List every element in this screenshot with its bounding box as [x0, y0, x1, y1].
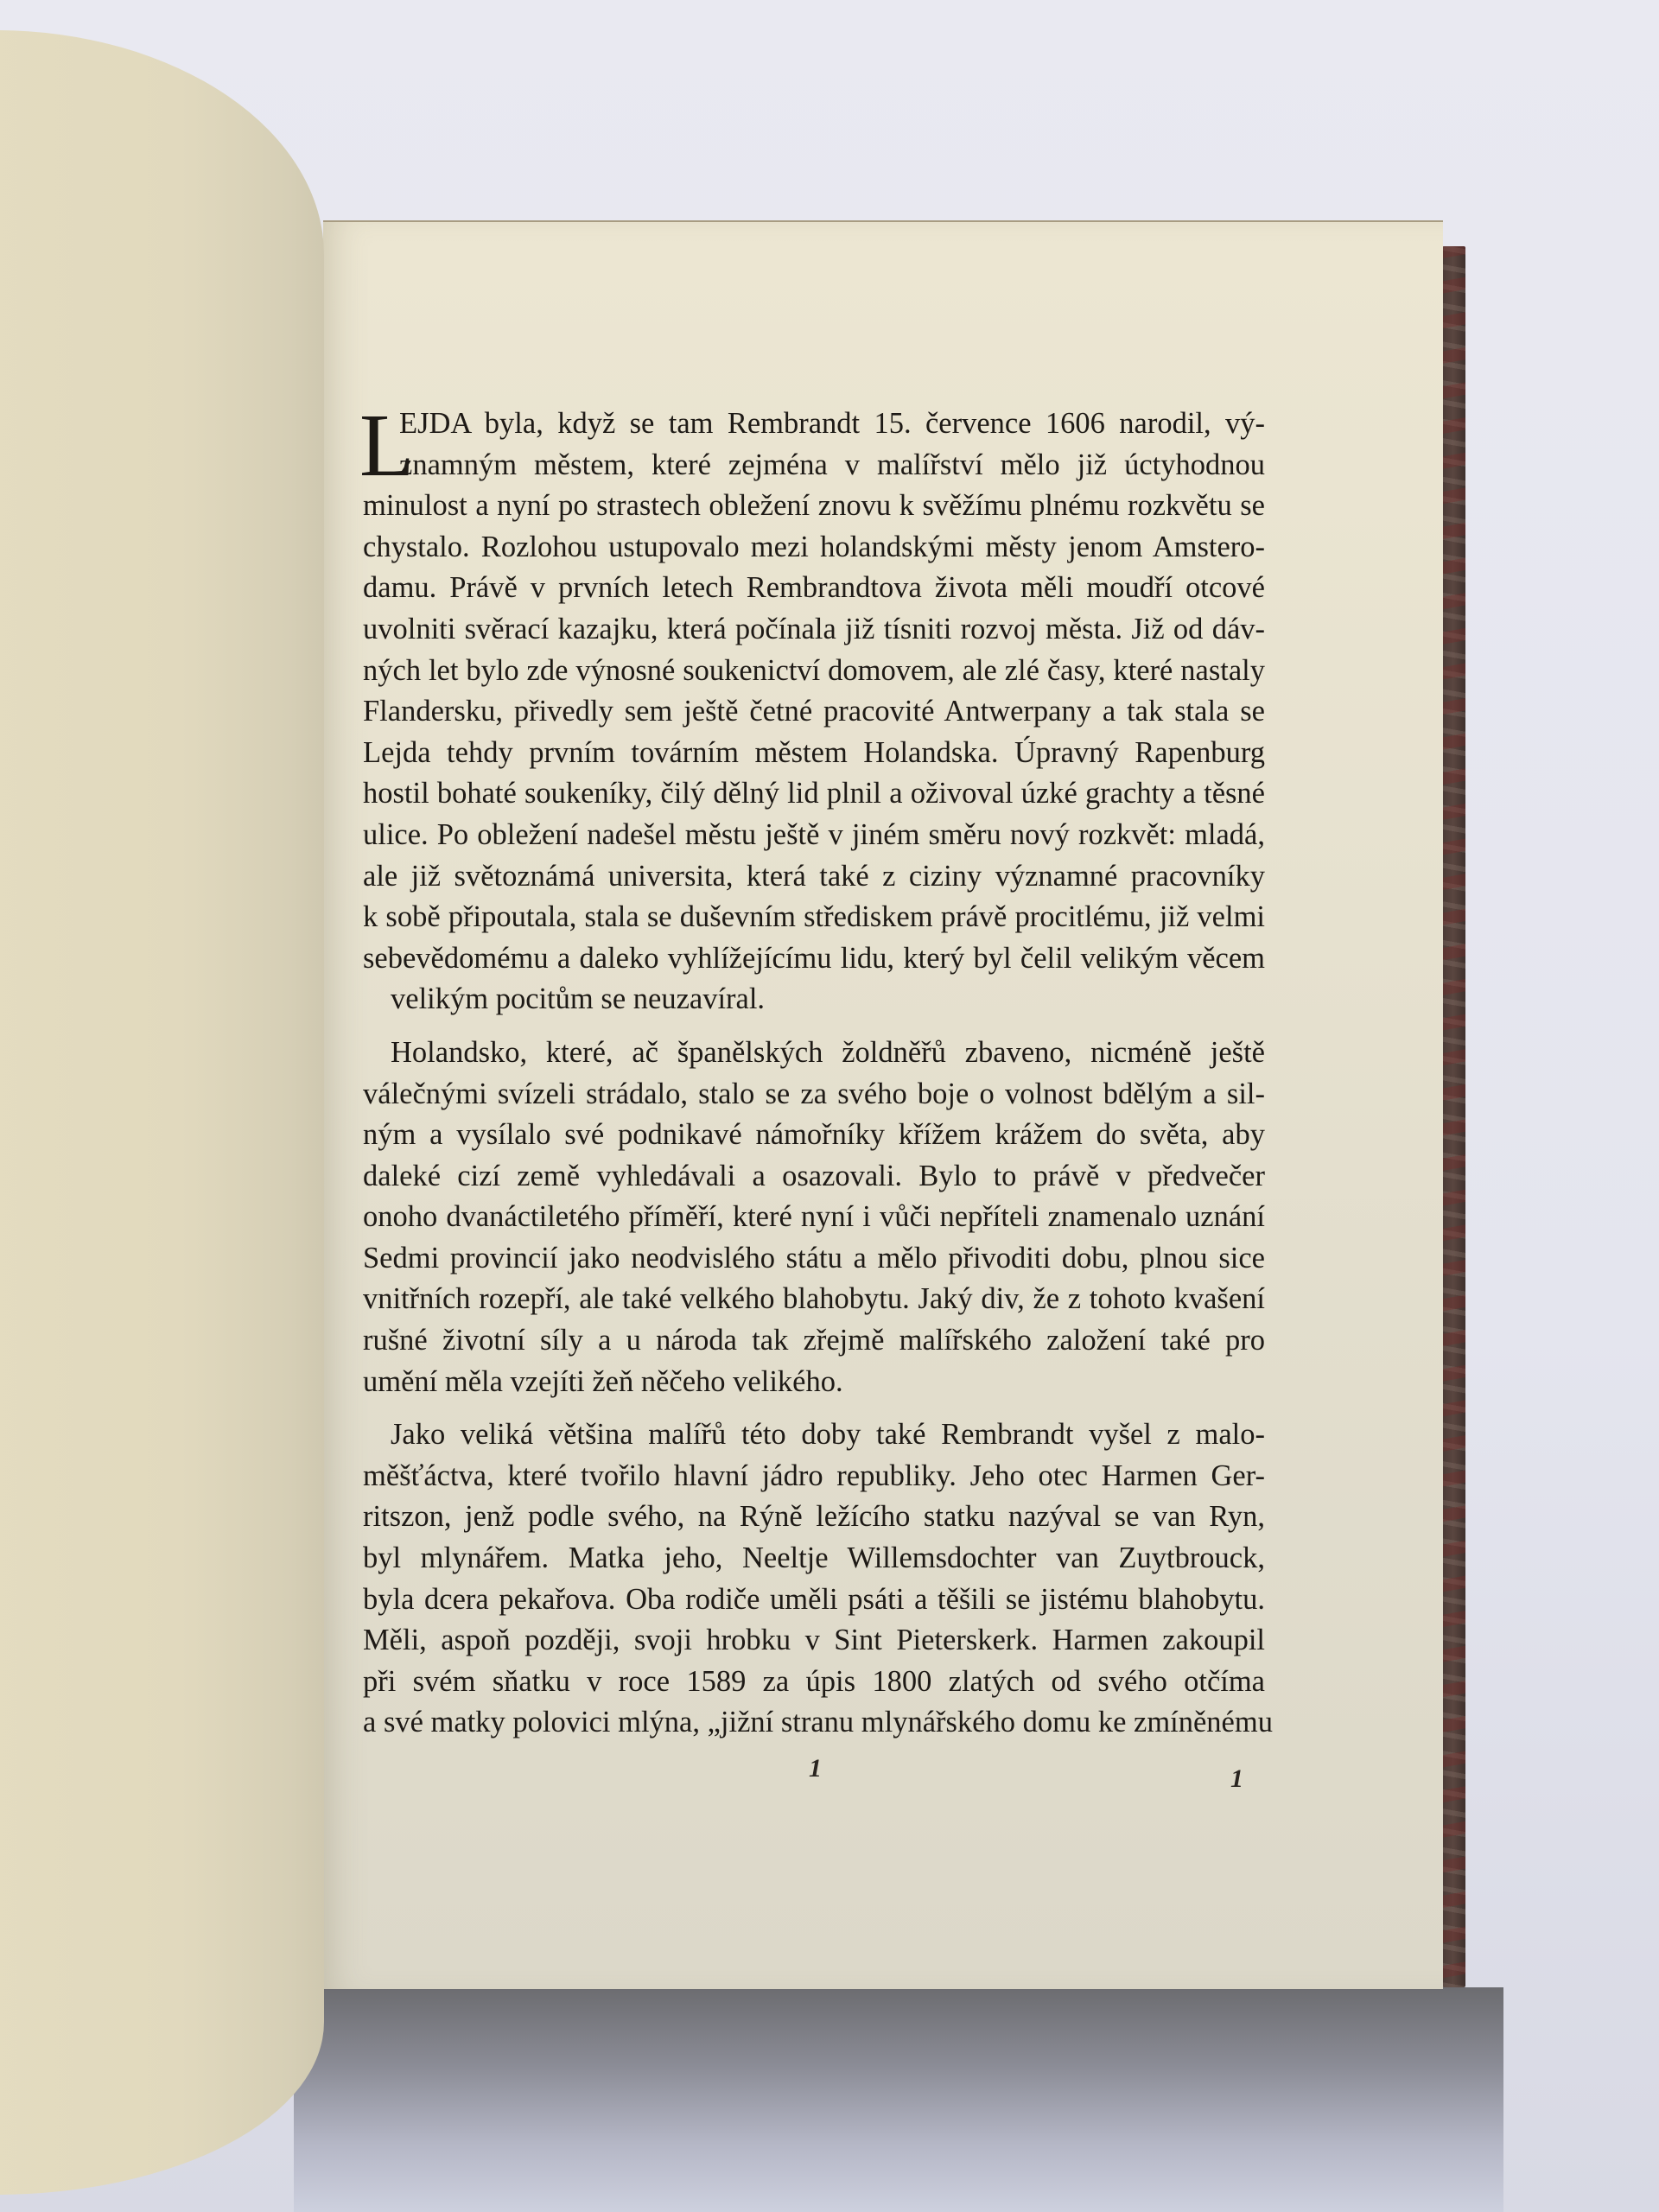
text-line: ulice. Po obležení nadešel městu ještě v… [363, 815, 1265, 856]
text-line: umění měla vzejíti žeň něčeho velikého. [363, 1362, 1265, 1403]
page-number-right: 1 [1230, 1764, 1243, 1794]
text-line: Měli, aspoň později, svoji hrobku v Sint… [363, 1620, 1265, 1662]
text-line: ných let bylo zde výnosné soukenictví do… [363, 651, 1265, 692]
text-line: při svém sňatku v roce 1589 za úpis 1800… [363, 1662, 1265, 1703]
marbled-book-cover-edge [1441, 246, 1465, 1987]
text-line: Lejda tehdy prvním továrním městem Holan… [363, 733, 1265, 774]
text-line: ale již světoznámá universita, která tak… [363, 856, 1265, 898]
text-line: Flandersku, přivedly sem ještě četné pra… [363, 691, 1265, 733]
table-shadow [294, 1987, 1503, 2212]
page-number-center: 1 [809, 1754, 822, 1783]
left-page-curl [0, 30, 324, 2195]
text-line: minulost a nyní po strastech obležení zn… [363, 486, 1265, 527]
text-line: měšťáctva, které tvořilo hlavní jádro re… [363, 1456, 1265, 1497]
text-line: a své matky polovici mlýna, „jižní stran… [363, 1702, 1265, 1744]
text-line: velikým pocitům se neuzavíral. [363, 979, 1265, 1020]
text-line: Jako veliká většina malířů této doby tak… [363, 1414, 1265, 1456]
text-line: k sobě připoutala, stala se duševním stř… [363, 897, 1265, 938]
text-line: uvolniti svěrací kazajku, která počínala… [363, 609, 1265, 651]
text-line: Holandsko, které, ač španělských žoldněř… [363, 1033, 1265, 1074]
text-line: byl mlynářem. Matka jeho, Neeltje Willem… [363, 1538, 1265, 1580]
text-line: chystalo. Rozlohou ustupovalo mezi holan… [363, 527, 1265, 569]
text-line: sebevědomému a daleko vyhlížejícímu lidu… [363, 938, 1265, 980]
text-line: Sedmi provincií jako neodvislého státu a… [363, 1238, 1265, 1280]
text-line: damu. Právě v prvních letech Rembrandtov… [363, 568, 1265, 609]
text-line: znamným městem, které zejména v malířstv… [363, 445, 1265, 486]
text-line: ným a vysílalo své podnikavé námořníky k… [363, 1115, 1265, 1156]
text-line: onoho dvanáctiletého příměří, které nyní… [363, 1197, 1265, 1238]
text-block: L EJDA byla, když se tam Rembrandt 15. č… [363, 404, 1265, 1744]
text-line: válečnými svízeli strádalo, stalo se za … [363, 1074, 1265, 1116]
text-line: daleké cizí země vyhledávali a osazovali… [363, 1156, 1265, 1198]
text-line: EJDA byla, když se tam Rembrandt 15. čer… [363, 404, 1265, 445]
text-line: hostil bohaté soukeníky, čilý dělný lid … [363, 773, 1265, 815]
right-page: L EJDA byla, když se tam Rembrandt 15. č… [323, 220, 1443, 1989]
text-line: rušné životní síly a u národa tak zřejmě… [363, 1320, 1265, 1362]
drop-cap: L [359, 409, 415, 483]
text-line: byla dcera pekařova. Oba rodiče uměli ps… [363, 1580, 1265, 1621]
text-line: vnitřních rozepří, ale také velkého blah… [363, 1279, 1265, 1320]
text-line: ritszon, jenž podle svého, na Rýně ležíc… [363, 1497, 1265, 1538]
